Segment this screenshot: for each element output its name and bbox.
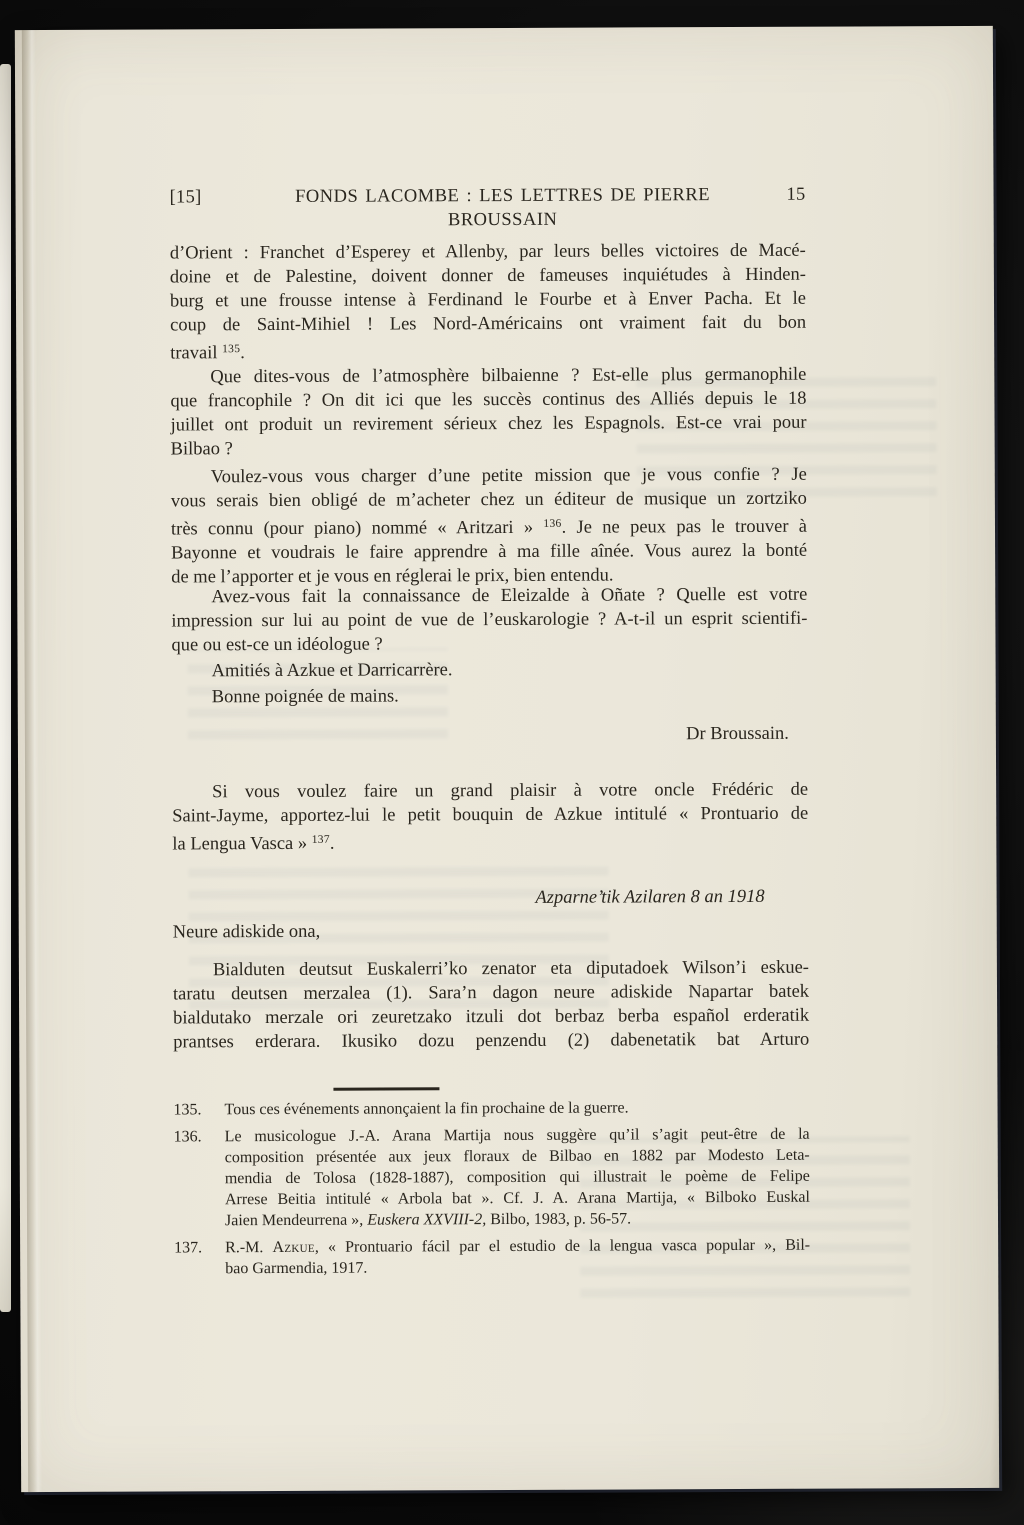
- footnote-number: 135.: [173, 1099, 201, 1120]
- text-line: Le musicologue J.-A. Arana Martija nous …: [225, 1124, 810, 1148]
- text-line: travail 135.: [170, 335, 806, 366]
- text-line: Avez-vous fait la connaissance de Eleiza…: [171, 583, 807, 610]
- header-title: FONDS LACOMBE : LES LETTRES DE PIERRE BR…: [259, 183, 745, 233]
- footnote-text: R.-M. Azkue, « Prontuario fácil par el e…: [225, 1235, 810, 1280]
- text-line: prantses erderara. Ikusiko dozu penzendu…: [173, 1028, 809, 1055]
- text-line: burg et une frousse intense à Ferdinand …: [170, 287, 806, 314]
- letter-dateline: Azparne’tik Azilaren 8 an 1918: [173, 885, 809, 912]
- letter-paragraph-orient: d’Orient : Franchet d’Esperey et Allenby…: [170, 239, 807, 366]
- letter-paragraph-bilbao: Que dites-vous de l’atmosphère bilbaienn…: [170, 363, 806, 462]
- text-line: mendia de Tolosa (1828-1887), compositio…: [225, 1166, 810, 1190]
- footnote-number: 136.: [174, 1126, 202, 1147]
- text-line: impression sur lui au point de vue de l’…: [171, 607, 807, 634]
- text-line: Arrese Beitia intitulé « Arbola bat ». C…: [225, 1187, 810, 1211]
- text-line: bialdutako merzale ori zeuretzako itzuli…: [173, 1004, 809, 1031]
- text-line: Voulez-vous vous charger d’une petite mi…: [171, 463, 807, 490]
- text-line: doine et de Palestine, doivent donner de…: [170, 263, 806, 290]
- page-content: [15] FONDS LACOMBE : LES LETTRES DE PIER…: [169, 27, 811, 1492]
- footnote-135: 135. Tous ces événements annonçaient la …: [173, 1097, 809, 1121]
- text-line: coup de Saint-Mihiel ! Les Nord-Américai…: [170, 311, 806, 338]
- letter-line-bonne: Bonne poignée de mains.: [172, 683, 808, 710]
- letter-paragraph-basque: Bialduten deutsut Euskalerri’ko zenator …: [173, 956, 809, 1055]
- letter-salutation: Neure adiskide ona,: [173, 918, 809, 945]
- text-line: R.-M. Azkue, « Prontuario fácil par el e…: [225, 1235, 810, 1259]
- text-line: bao Garmendia, 1917.: [225, 1256, 810, 1280]
- gutter-crease: [22, 30, 42, 1492]
- header-page-number: 15: [745, 183, 805, 207]
- footnote-136: 136. Le musicologue J.-A. Arana Martija …: [174, 1124, 810, 1232]
- letter-paragraph-postscript: Si vous voulez faire un grand plaisir à …: [172, 778, 808, 857]
- footnote-text: Le musicologue J.-A. Arana Martija nous …: [225, 1124, 810, 1232]
- text-line: Saint-Jayme, apportez-lui le petit bouqu…: [172, 802, 808, 829]
- text-line: très connu (pour piano) nommé « Aritzari…: [171, 511, 807, 542]
- text-line: Tous ces événements annonçaient la fin p…: [224, 1097, 809, 1121]
- facing-page-edge: [0, 64, 11, 1312]
- styled-text: Azkue: [272, 1239, 314, 1256]
- footnote-rule: [333, 1087, 439, 1090]
- text-line: Si vous voulez faire un grand plaisir à …: [172, 778, 808, 805]
- header-bracket-number: [15]: [169, 185, 259, 209]
- footnote-reference: 135: [222, 343, 240, 355]
- text-line: la Lengua Vasca » 137.: [172, 826, 808, 857]
- running-header: [15] FONDS LACOMBE : LES LETTRES DE PIER…: [169, 183, 805, 234]
- page-sheet: [15] FONDS LACOMBE : LES LETTRES DE PIER…: [15, 26, 999, 1492]
- footnote-reference: 137: [312, 834, 330, 846]
- text-line: que francophile ? On dit ici que les suc…: [170, 387, 806, 414]
- letter-paragraph-mission: Voulez-vous vous charger d’une petite mi…: [171, 463, 808, 590]
- text-line: juillet ont produit un revirement sérieu…: [170, 411, 806, 438]
- footnote-number: 137.: [174, 1237, 202, 1258]
- footnote-137: 137. R.-M. Azkue, « Prontuario fácil par…: [174, 1235, 810, 1280]
- styled-text: Euskera XXVIII-2,: [367, 1211, 486, 1229]
- text-line: d’Orient : Franchet d’Esperey et Allenby…: [170, 239, 806, 266]
- letter-line-amities: Amitiés à Azkue et Darricarrère.: [172, 657, 808, 684]
- text-line: Que dites-vous de l’atmosphère bilbaienn…: [170, 363, 806, 390]
- text-line: Bialduten deutsut Euskalerri’ko zenator …: [173, 956, 809, 983]
- text-line: Bayonne et voudrais le faire apprendre à…: [171, 539, 807, 566]
- letter-signature: Dr Broussain.: [172, 722, 808, 749]
- text-line: que ou est-ce un idéologue ?: [171, 631, 807, 658]
- text-line: taratu deutsen merzalea (1). Sara’n dago…: [173, 980, 809, 1007]
- letter-paragraph-eleizalde: Avez-vous fait la connaissance de Eleiza…: [171, 583, 807, 658]
- footnote-reference: 136: [543, 518, 561, 530]
- book-photo-background: { "header": { "bracket_number": "[15]", …: [0, 0, 1024, 1525]
- text-line: composition présentée aux jeux floraux d…: [225, 1145, 810, 1169]
- text-line: Jaien Mendeurrena », Euskera XXVIII-2, B…: [225, 1208, 810, 1232]
- footnote-text: Tous ces événements annonçaient la fin p…: [224, 1097, 809, 1121]
- text-line: vous serais bien obligé de m’acheter che…: [171, 487, 807, 514]
- text-line: Bilbao ?: [171, 435, 807, 462]
